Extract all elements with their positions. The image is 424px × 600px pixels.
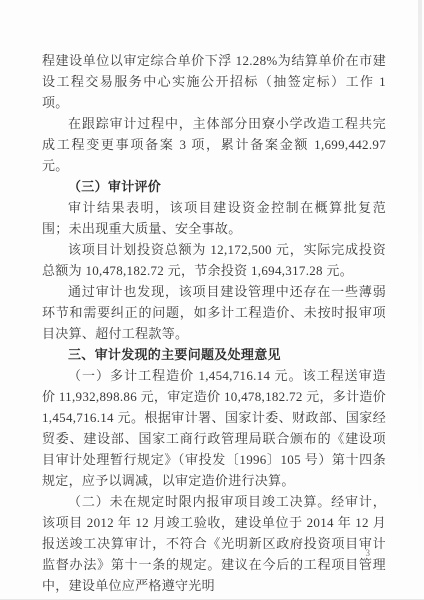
paragraph-audit-result: 审计结果表明，该项目建设资金控制在概算批复范围；未出现重大质量、安全事故。 <box>42 197 386 239</box>
paragraph-investment-figures: 该项目计划投资总额为 12,172,500 元，实际完成投资总额为 10,478… <box>42 239 386 281</box>
paragraph-problem-one-overstated-cost: （一）多计工程造价 1,454,716.14 元。该工程送审造价 11,932,… <box>42 365 386 491</box>
page-number: 3 <box>366 548 371 558</box>
document-page: 程建设单位以审定综合单价下浮 12.28%为结算单价在市建设工程交易服务中心实施… <box>0 0 424 600</box>
section-heading-main-problems: 三、审计发现的主要问题及处理意见 <box>42 344 386 365</box>
scan-artifact-right-edge <box>418 0 422 599</box>
paragraph-problem-two-late-settlement: （二）未在规定时限内报审项目竣工决算。经审计，该项目 2012 年 12 月竣工… <box>42 491 386 596</box>
paragraph-bidding-continuation: 程建设单位以审定综合单价下浮 12.28%为结算单价在市建设工程交易服务中心实施… <box>42 50 386 113</box>
paragraph-weak-links: 通过审计也发现，该项目建设管理中还存在一些薄弱环节和需要纠正的问题，如多计工程造… <box>42 281 386 344</box>
paragraph-tracking-audit: 在跟踪审计过程中，主体部分田寮小学改造工程共完成工程变更事项备案 3 项，累计备… <box>42 113 386 176</box>
section-heading-audit-evaluation: （三）审计评价 <box>42 176 386 197</box>
document-body: 程建设单位以审定综合单价下浮 12.28%为结算单价在市建设工程交易服务中心实施… <box>42 50 386 596</box>
